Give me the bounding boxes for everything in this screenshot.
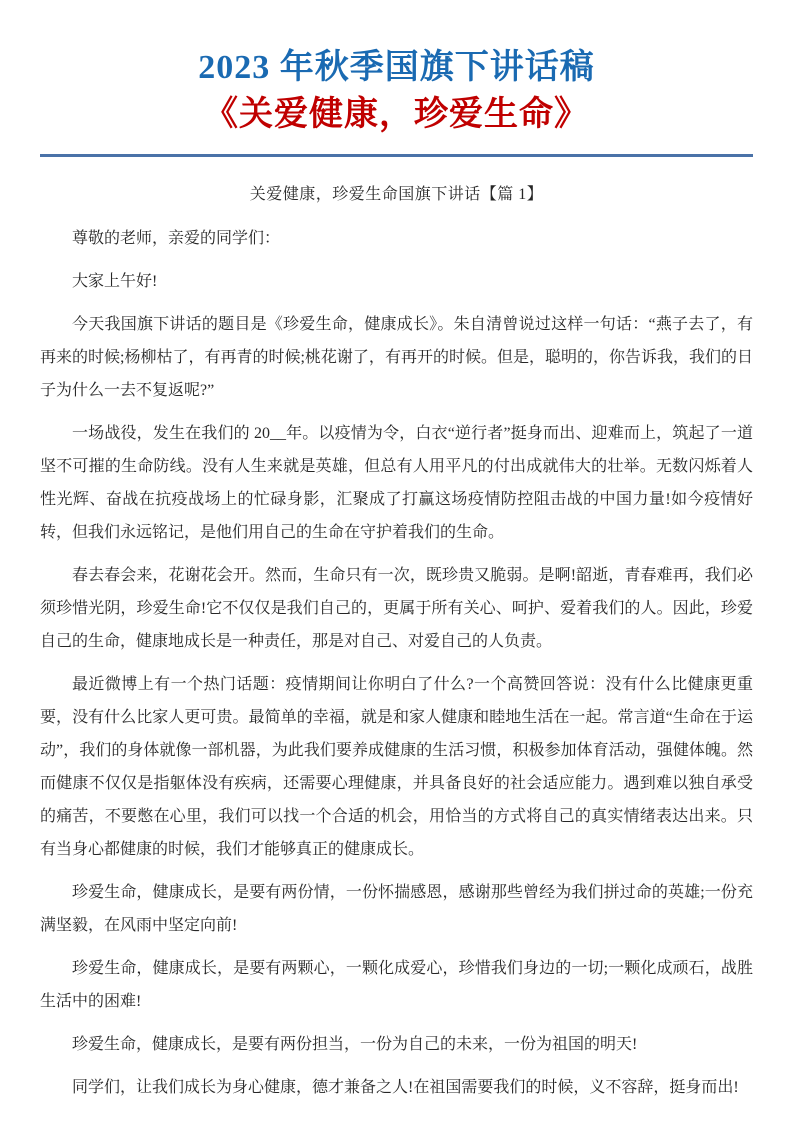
paragraph-two-hearts: 珍爱生命，健康成长，是要有两颗心，一颗化成爱心，珍惜我们身边的一切;一颗化成顽石… [40,952,753,1018]
paragraph-greeting: 大家上午好! [40,265,753,298]
paragraph-health-topic: 最近微博上有一个热门话题：疫情期间让你明白了什么?一个高赞回答说：没有什么比健康… [40,668,753,866]
paragraph-closing: 同学们，让我们成长为身心健康，德才兼备之人!在祖国需要我们的时候，义不容辞，挺身… [40,1071,753,1104]
title-divider-line [40,154,753,157]
title-block: 2023 年秋季国旗下讲话稿 《关爱健康，珍爱生命》 [40,0,753,138]
paragraph-two-duties: 珍爱生命，健康成长，是要有两份担当，一份为自己的未来，一份为祖国的明天! [40,1028,753,1061]
document-body: 尊敬的老师，亲爱的同学们： 大家上午好! 今天我国旗下讲话的题目是《珍爱生命，健… [40,222,753,1104]
paragraph-salutation: 尊敬的老师，亲爱的同学们： [40,222,753,255]
section-heading: 关爱健康，珍爱生命国旗下讲话【篇 1】 [40,181,753,204]
paragraph-two-feelings: 珍爱生命，健康成长，是要有两份情，一份怀揣感恩，感谢那些曾经为我们拼过命的英雄;… [40,876,753,942]
paragraph-cherish-life: 春去春会来，花谢花会开。然而，生命只有一次，既珍贵又脆弱。是啊!韶逝，青春难再，… [40,559,753,658]
document-page: 2023 年秋季国旗下讲话稿 《关爱健康，珍爱生命》 关爱健康，珍爱生命国旗下讲… [0,0,793,1122]
paragraph-pandemic-battle: 一场战役，发生在我们的 20__年。以疫情为令，白衣“逆行者”挺身而出、迎难而上… [40,417,753,549]
document-title-line2: 《关爱健康，珍爱生命》 [40,91,753,138]
paragraph-topic-intro: 今天我国旗下讲话的题目是《珍爱生命，健康成长》。朱自清曾说过这样一句话：“燕子去… [40,308,753,407]
document-title-line1: 2023 年秋季国旗下讲话稿 [40,44,753,91]
